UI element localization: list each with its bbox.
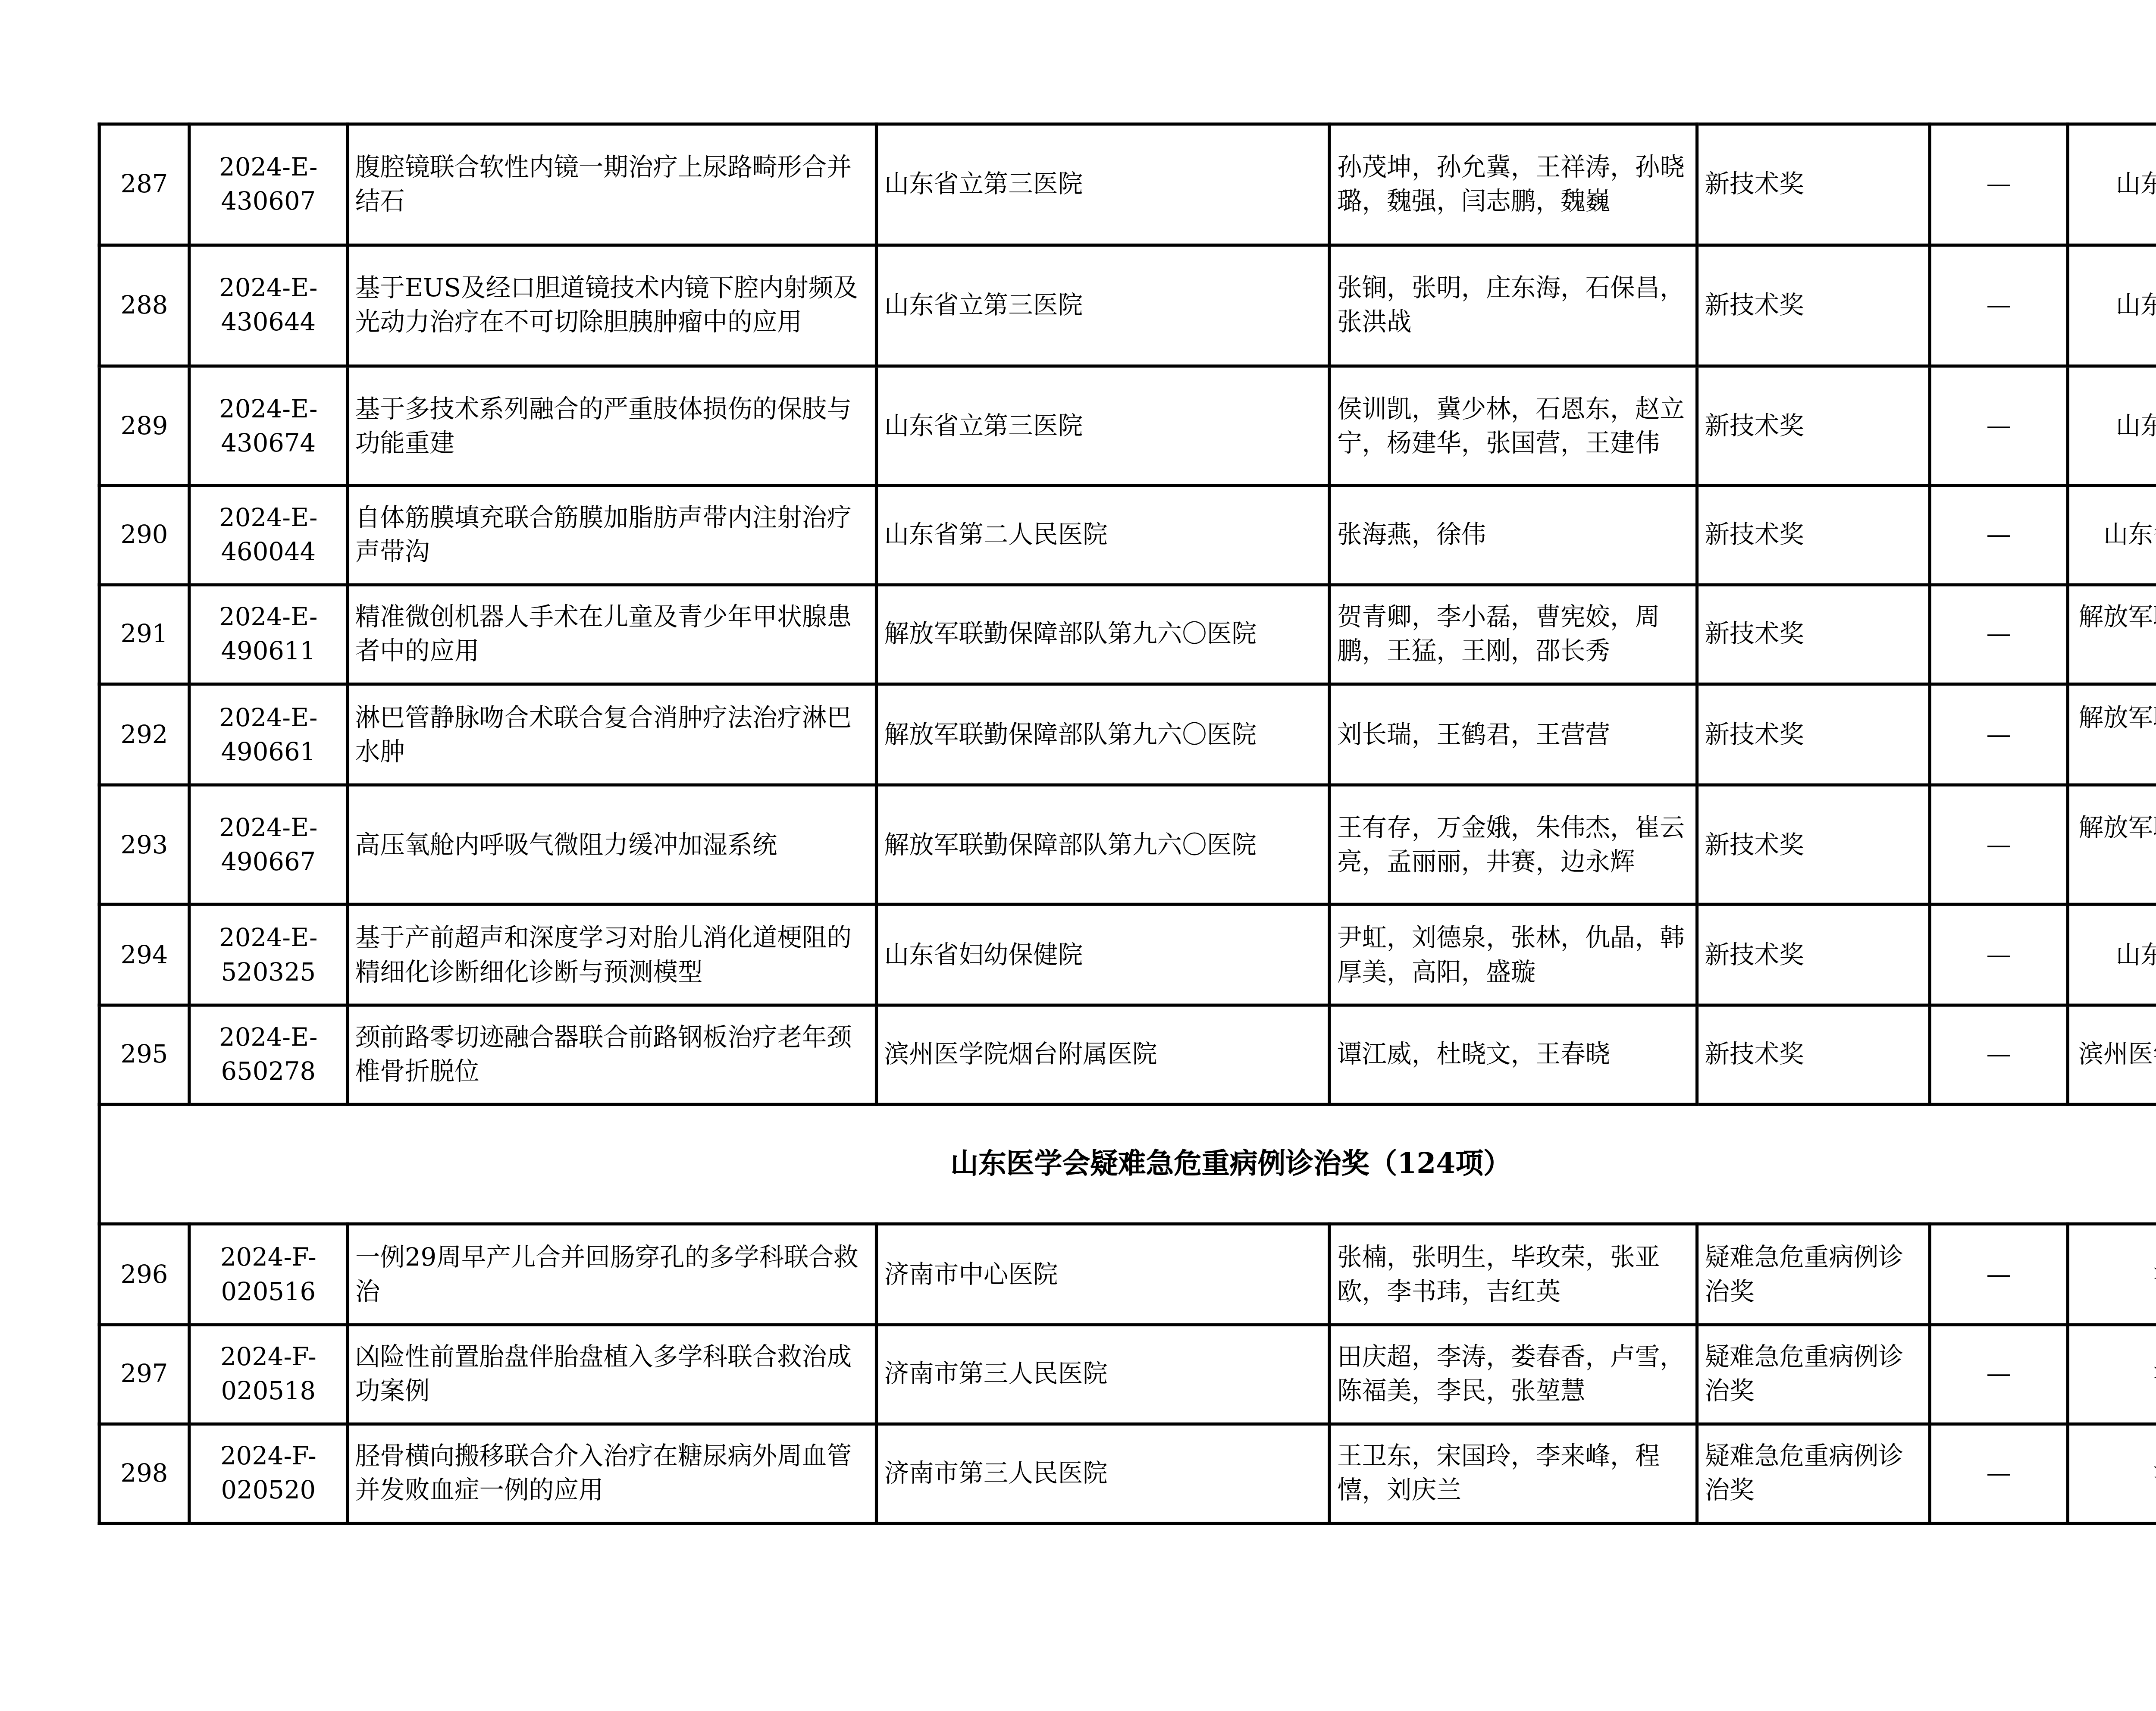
project-code: 2024-F-020516 [189, 1224, 348, 1325]
table-row: 293 2024-E-490667 高压氧舱内呼吸气微阻力缓冲加湿系统 解放军联… [99, 785, 2156, 904]
completers: 田庆超，李涛，娄春香，卢雪，陈福美，李民，张堃慧 [1329, 1325, 1697, 1424]
award-type: 疑难急危重病例诊治奖 [1697, 1224, 1930, 1325]
completing-unit: 济南市第三人民医院 [877, 1325, 1329, 1424]
project-code: 2024-E-430607 [189, 124, 348, 245]
row-number: 296 [99, 1224, 189, 1325]
table-row: 292 2024-E-490661 淋巴管静脉吻合术联合复合消肿疗法治疗淋巴水肿… [99, 684, 2156, 785]
completing-unit: 济南市第三人民医院 [877, 1424, 1329, 1523]
project-code: 2024-E-430674 [189, 366, 348, 486]
completing-unit: 山东省第二人民医院 [877, 486, 1329, 585]
award-type: 新技术奖 [1697, 486, 1930, 585]
recommending-unit: 济南医学会 [2068, 1424, 2156, 1523]
completing-unit: 济南市中心医院 [877, 1224, 1329, 1325]
completing-unit: 解放军联勤保障部队第九六〇医院 [877, 785, 1329, 904]
recommending-unit: 山东省立第三医院 [2068, 124, 2156, 245]
award-rank: — [1930, 124, 2068, 245]
table-row: 294 2024-E-520325 基于产前超声和深度学习对胎儿消化道梗阻的精细… [99, 904, 2156, 1005]
project-title: 基于EUS及经口胆道镜技术内镜下腔内射频及光动力治疗在不可切除胆胰肿瘤中的应用 [348, 245, 877, 366]
table-row: 296 2024-F-020516 一例29周早产儿合并回肠穿孔的多学科联合救治… [99, 1224, 2156, 1325]
recommending-unit: 解放军联勤保障部队第九六〇医院 [2068, 585, 2156, 684]
project-title: 自体筋膜填充联合筋膜加脂肪声带内注射治疗声带沟 [348, 486, 877, 585]
completing-unit: 解放军联勤保障部队第九六〇医院 [877, 585, 1329, 684]
table-row: 297 2024-F-020518 凶险性前置胎盘伴胎盘植入多学科联合救治成功案… [99, 1325, 2156, 1424]
project-title: 精准微创机器人手术在儿童及青少年甲状腺患者中的应用 [348, 585, 877, 684]
recommending-unit: 滨州医学院烟台附属医院 [2068, 1005, 2156, 1104]
project-title: 颈前路零切迹融合器联合前路钢板治疗老年颈椎骨折脱位 [348, 1005, 877, 1104]
completing-unit: 山东省立第三医院 [877, 124, 1329, 245]
award-type: 新技术奖 [1697, 684, 1930, 785]
completing-unit: 山东省妇幼保健院 [877, 904, 1329, 1005]
award-type: 疑难急危重病例诊治奖 [1697, 1325, 1930, 1424]
award-type: 新技术奖 [1697, 124, 1930, 245]
project-title: 基于多技术系列融合的严重肢体损伤的保肢与功能重建 [348, 366, 877, 486]
award-rank: — [1930, 585, 2068, 684]
project-code: 2024-E-430644 [189, 245, 348, 366]
award-type: 新技术奖 [1697, 1005, 1930, 1104]
row-number: 292 [99, 684, 189, 785]
recommending-unit: 山东省妇幼保健院 [2068, 904, 2156, 1005]
project-title: 高压氧舱内呼吸气微阻力缓冲加湿系统 [348, 785, 877, 904]
completers: 张锏，张明，庄东海，石保昌，张洪战 [1329, 245, 1697, 366]
award-rank: — [1930, 684, 2068, 785]
completers: 谭江威，杜晓文，王春晓 [1329, 1005, 1697, 1104]
award-rank: — [1930, 245, 2068, 366]
project-title: 一例29周早产儿合并回肠穿孔的多学科联合救治 [348, 1224, 877, 1325]
project-code: 2024-E-520325 [189, 904, 348, 1005]
row-number: 295 [99, 1005, 189, 1104]
row-number: 287 [99, 124, 189, 245]
award-type: 新技术奖 [1697, 585, 1930, 684]
section-header-row: 山东医学会疑难急危重病例诊治奖（124项） [99, 1104, 2156, 1224]
award-type: 疑难急危重病例诊治奖 [1697, 1424, 1930, 1523]
project-code: 2024-E-460044 [189, 486, 348, 585]
award-type: 新技术奖 [1697, 785, 1930, 904]
award-rank: — [1930, 1005, 2068, 1104]
recommending-unit: 解放军联勤保障部队第九六〇医院 [2068, 684, 2156, 785]
row-number: 294 [99, 904, 189, 1005]
award-rank: — [1930, 1424, 2068, 1523]
recommending-unit: 山东省第二人民医院 [2068, 486, 2156, 585]
award-rank: — [1930, 366, 2068, 486]
completing-unit: 山东省立第三医院 [877, 245, 1329, 366]
table-row: 298 2024-F-020520 胫骨横向搬移联合介入治疗在糖尿病外周血管并发… [99, 1424, 2156, 1523]
completers: 刘长瑞，王鹤君，王营营 [1329, 684, 1697, 785]
project-title: 淋巴管静脉吻合术联合复合消肿疗法治疗淋巴水肿 [348, 684, 877, 785]
completers: 王卫东，宋国玲，李来峰，程憘，刘庆兰 [1329, 1424, 1697, 1523]
project-code: 2024-E-490667 [189, 785, 348, 904]
table-row: 291 2024-E-490611 精准微创机器人手术在儿童及青少年甲状腺患者中… [99, 585, 2156, 684]
completers: 尹虹，刘德泉，张林，仇晶，韩厚美，高阳，盛璇 [1329, 904, 1697, 1005]
table-row: 287 2024-E-430607 腹腔镜联合软性内镜一期治疗上尿路畸形合并结石… [99, 124, 2156, 245]
completers: 张楠，张明生，毕玫荣，张亚欧，李书玮，吉红英 [1329, 1224, 1697, 1325]
table-row: 295 2024-E-650278 颈前路零切迹融合器联合前路钢板治疗老年颈椎骨… [99, 1005, 2156, 1104]
project-code: 2024-E-650278 [189, 1005, 348, 1104]
awards-table: 287 2024-E-430607 腹腔镜联合软性内镜一期治疗上尿路畸形合并结石… [98, 122, 2156, 1525]
award-type: 新技术奖 [1697, 904, 1930, 1005]
project-code: 2024-E-490611 [189, 585, 348, 684]
completers: 王有存，万金娥，朱伟杰，崔云亮，孟丽丽，井赛，边永辉 [1329, 785, 1697, 904]
award-type: 新技术奖 [1697, 366, 1930, 486]
row-number: 297 [99, 1325, 189, 1424]
project-code: 2024-E-490661 [189, 684, 348, 785]
completers: 贺青卿，李小磊，曹宪姣，周鹏，王猛，王刚，邵长秀 [1329, 585, 1697, 684]
recommending-unit: 解放军联勤保障部队第九六〇医院 [2068, 785, 2156, 904]
section-title: 山东医学会疑难急危重病例诊治奖（124项） [99, 1104, 2156, 1224]
project-title: 胫骨横向搬移联合介入治疗在糖尿病外周血管并发败血症一例的应用 [348, 1424, 877, 1523]
document-page: 287 2024-E-430607 腹腔镜联合软性内镜一期治疗上尿路畸形合并结石… [0, 0, 2156, 1711]
recommending-unit: 山东省立第三医院 [2068, 245, 2156, 366]
table-row: 290 2024-E-460044 自体筋膜填充联合筋膜加脂肪声带内注射治疗声带… [99, 486, 2156, 585]
completing-unit: 滨州医学院烟台附属医院 [877, 1005, 1329, 1104]
row-number: 288 [99, 245, 189, 366]
award-rank: — [1930, 904, 2068, 1005]
award-rank: — [1930, 1224, 2068, 1325]
row-number: 289 [99, 366, 189, 486]
recommending-unit: 济南医学会 [2068, 1325, 2156, 1424]
award-rank: — [1930, 1325, 2068, 1424]
recommending-unit: 济南医学会 [2068, 1224, 2156, 1325]
project-title: 腹腔镜联合软性内镜一期治疗上尿路畸形合并结石 [348, 124, 877, 245]
row-number: 291 [99, 585, 189, 684]
table-row: 288 2024-E-430644 基于EUS及经口胆道镜技术内镜下腔内射频及光… [99, 245, 2156, 366]
recommending-unit: 山东省立第三医院 [2068, 366, 2156, 486]
award-rank: — [1930, 486, 2068, 585]
row-number: 290 [99, 486, 189, 585]
table-row: 289 2024-E-430674 基于多技术系列融合的严重肢体损伤的保肢与功能… [99, 366, 2156, 486]
award-rank: — [1930, 785, 2068, 904]
project-code: 2024-F-020520 [189, 1424, 348, 1523]
completing-unit: 山东省立第三医院 [877, 366, 1329, 486]
project-code: 2024-F-020518 [189, 1325, 348, 1424]
completers: 孙茂坤，孙允冀，王祥涛，孙晓璐，魏强，闫志鹏，魏巍 [1329, 124, 1697, 245]
project-title: 凶险性前置胎盘伴胎盘植入多学科联合救治成功案例 [348, 1325, 877, 1424]
completers: 侯训凯，冀少林，石恩东，赵立宁，杨建华，张国营，王建伟 [1329, 366, 1697, 486]
award-type: 新技术奖 [1697, 245, 1930, 366]
row-number: 298 [99, 1424, 189, 1523]
completing-unit: 解放军联勤保障部队第九六〇医院 [877, 684, 1329, 785]
project-title: 基于产前超声和深度学习对胎儿消化道梗阻的精细化诊断细化诊断与预测模型 [348, 904, 877, 1005]
completers: 张海燕，徐伟 [1329, 486, 1697, 585]
row-number: 293 [99, 785, 189, 904]
